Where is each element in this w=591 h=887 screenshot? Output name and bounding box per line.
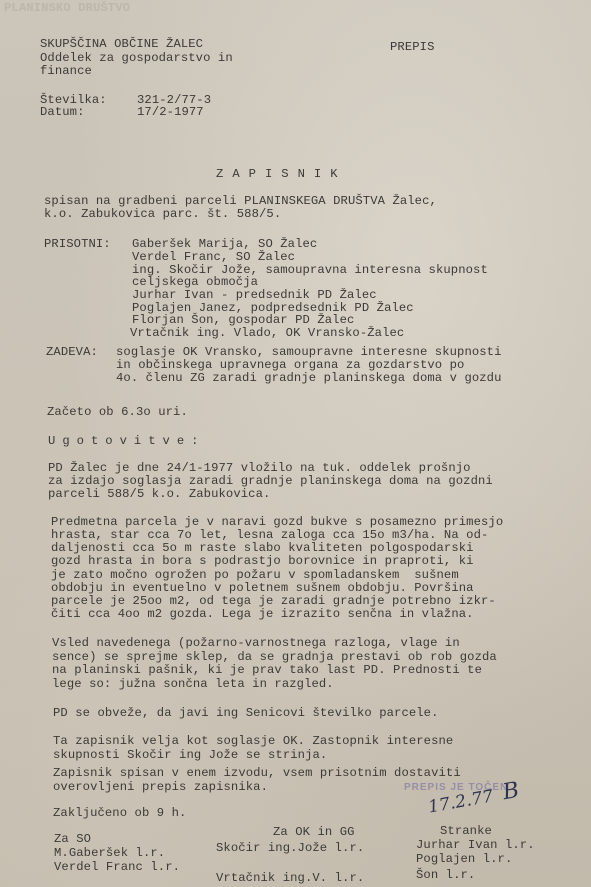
paragraph-line: obdobju in eventuelno v poletnem sušnem … — [51, 582, 474, 594]
present-label: PRISOTNI: — [44, 238, 111, 250]
signature-so: Verdel Franc l.r. — [54, 861, 180, 873]
signature-header-parties: Stranke — [440, 825, 492, 837]
paragraph-line: Ta zapisnik velja kot soglasje OK. Zasto… — [53, 735, 453, 747]
paragraph-line: daljenosti cca 5o m raste slabo kvalitet… — [51, 542, 474, 554]
subject-label: ZADEVA: — [46, 346, 98, 358]
present-person: Verdel Franc, SO Žalec — [132, 251, 295, 263]
signature-header-ok: Za OK in GG — [273, 826, 355, 838]
signature-ok: Vrtačnik ing.V. l.r. — [216, 872, 364, 884]
date-value: 17/2-1977 — [137, 106, 204, 118]
subject-line: in občinskega upravnega organa za gozdar… — [116, 359, 464, 371]
paragraph-line: hrasta, star cca 7o let, lesna zaloga cc… — [51, 529, 488, 541]
paragraph-line: je zato močno ogrožen po požaru v spomla… — [51, 569, 459, 581]
issuer-department-cont: finance — [40, 65, 92, 77]
subject-line: soglasje OK Vransko, samoupravne interes… — [116, 346, 502, 358]
paragraph-line: gozd hrasta in bora s podrastjo borovnic… — [51, 555, 474, 567]
present-person: Florjan Šon, gospodar PD Žalec — [132, 314, 354, 326]
document-page: PLANINSKO DRUŠTVO SKUPŠČINA OBČINE ŽALEC… — [0, 0, 591, 887]
ghost-header-bleedthrough: PLANINSKO DRUŠTVO — [4, 2, 130, 14]
paragraph-line: čiti cca 4oo m2 gozda. Lega je izrazito … — [51, 608, 474, 620]
signature-party: Poglajen l.r. — [416, 853, 512, 865]
copy-label: PREPIS — [390, 41, 434, 53]
paragraph-line: Vsled navedenega (požarno-varnostnega ra… — [52, 637, 460, 649]
handwritten-initial: B — [502, 785, 520, 800]
date-label: Datum: — [40, 106, 84, 118]
present-person: Jurhar Ivan - predsednik PD Žalec — [132, 289, 377, 301]
document-title: ZAPISNIK — [216, 168, 347, 180]
paragraph-line: Zapisnik spisan v enem izvodu, vsem pris… — [53, 767, 461, 779]
paragraph-line: PD se obveže, da javi ing Senicovi števi… — [53, 707, 439, 719]
paragraph-line: Predmetna parcela je v naravi gozd bukve… — [51, 516, 503, 528]
paragraph-line: overovljeni prepis zapisnika. — [53, 781, 268, 793]
subject-line: 4o. členu ZG zaradi gradnje planinskega … — [116, 372, 502, 384]
paragraph-line: sence) se sprejme sklep, da se gradnja p… — [52, 651, 497, 663]
paragraph-line: skupnosti Skočir ing Jože se strinja. — [53, 749, 327, 761]
findings-heading: Ugotovitve: — [48, 435, 205, 447]
signature-party: Šon l.r. — [416, 869, 475, 881]
paragraph-line: za izdajo soglasja zaradi gradnje planin… — [48, 475, 493, 487]
issuer-department: Oddelek za gospodarstvo in — [40, 52, 233, 64]
paragraph-line: na planinski pašnik, ki je prav tako las… — [52, 664, 482, 676]
paragraph-line: parcele je 25oo m2, od tega je zaradi gr… — [51, 595, 496, 607]
paragraph-line: lege so: južna sončna leta in razgled. — [52, 678, 334, 690]
present-person: celjskega območja — [132, 276, 258, 288]
intro-line: k.o. Zabukovica parc. št. 588/5. — [44, 208, 281, 220]
issuer-name: SKUPŠČINA OBČINE ŽALEC — [40, 38, 203, 50]
present-person: Gaberšek Marija, SO Žalec — [132, 238, 317, 250]
signature-ok: Skočir ing.Jože l.r. — [216, 842, 364, 854]
signature-so: M.Gaberšek l.r. — [54, 847, 165, 859]
paragraph-line: parceli 588/5 k.o. Zabukovica. — [48, 488, 270, 500]
intro-line: spisan na gradbeni parceli PLANINSKEGA D… — [44, 195, 437, 207]
closing-time: Zaključeno ob 9 h. — [53, 807, 186, 819]
signature-party: Jurhar Ivan l.r. — [416, 839, 535, 851]
paragraph-line: PD Žalec je dne 24/1-1977 vložilo na tuk… — [48, 462, 471, 474]
present-person: Vrtačnik ing. Vlado, OK Vransko-Žalec — [130, 327, 404, 339]
start-time: Začeto ob 6.3o uri. — [47, 406, 188, 418]
signature-header-so: Za SO — [54, 833, 91, 845]
